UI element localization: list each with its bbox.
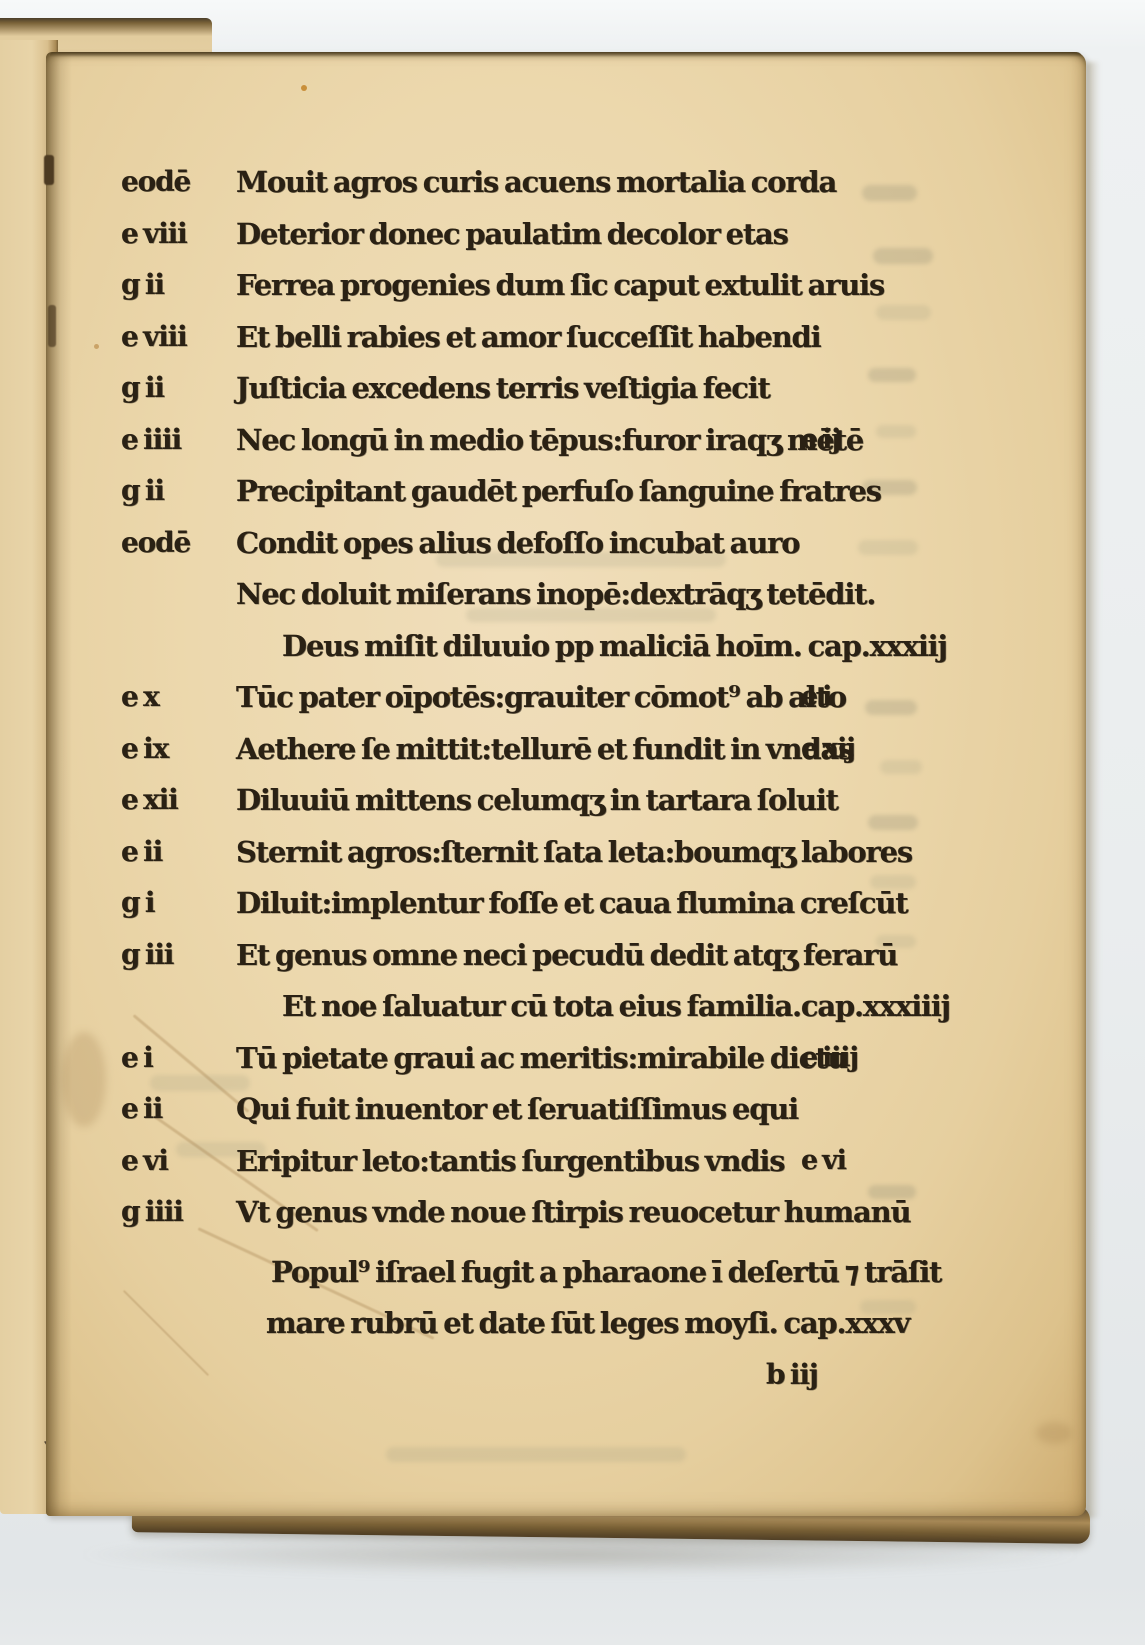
chapter-ref-left: e vi	[121, 1135, 168, 1187]
book-page: eodēMouit agros curis acuens mortalia co…	[46, 52, 1086, 1516]
verse-text: Et genus omne neci pecudū dedit atqʒ fer…	[236, 929, 897, 981]
index-verse-line: eodēMouit agros curis acuens mortalia co…	[46, 156, 1086, 208]
verse-text: Deus miſit diluuio pp maliciā hoīm. cap.…	[282, 620, 947, 672]
chapter-ref-left: e ii	[121, 826, 162, 878]
verse-text: Sternit agros:ſternit ſata leta:boumqʒ l…	[236, 826, 912, 878]
chapter-ref-left: g iii	[121, 929, 173, 981]
index-verse-line: e xiiDiluuiū mittens celumqʒ in tartara …	[46, 774, 1086, 826]
quire-signature-line: b iij	[46, 1349, 1086, 1401]
chapter-ref-left: e viii	[121, 208, 187, 260]
index-verse-line: e viiiEt belli rabies et amor ſucceſſit …	[46, 311, 1086, 363]
verse-text: Et belli rabies et amor ſucceſſit habend…	[236, 311, 820, 363]
chapter-ref-left: e ii	[121, 1083, 162, 1135]
book-photo: eodēMouit agros curis acuens mortalia co…	[0, 0, 1145, 1645]
verse-text: Popul⁹ iſrael fugit a pharaone ī deſertū…	[271, 1246, 941, 1298]
index-verse-line: e viEripitur leto:tantis ſurgentibus vnd…	[46, 1135, 1086, 1187]
chapter-ref-left: g iiii	[121, 1186, 183, 1238]
chapter-heading-line: Popul⁹ iſrael fugit a pharaone ī deſertū…	[46, 1246, 1086, 1298]
index-verse-line: mare rubrū et date ſūt leges moyſi. cap.…	[46, 1297, 1086, 1349]
index-verse-line: Nec doluit miſerans inopē:dextrāqʒ tetēd…	[46, 568, 1086, 620]
quire-signature: b iij	[766, 1349, 818, 1401]
index-verse-line: e xTūc pater oīpotēs:grauiter cōmot⁹ ab …	[46, 671, 1086, 723]
verse-text: Precipitant gaudēt perfuſo ſanguine frat…	[236, 465, 881, 517]
chapter-ref-left: eodē	[121, 517, 190, 569]
verse-text: Nec longū in medio tēpus:furor iraqʒ mēt…	[236, 414, 863, 466]
index-verse-line: e iTū pietate graui ac meritis:mirabile …	[46, 1032, 1086, 1084]
chapter-ref-right: e i	[801, 671, 831, 723]
verse-text: Tūc pater oīpotēs:grauiter cōmot⁹ ab alt…	[236, 671, 846, 723]
chapter-ref-left: e x	[121, 671, 159, 723]
chapter-ref-left: e xii	[121, 774, 178, 826]
chapter-heading-line: Et noe ſaluatur cū tota eius familia.cap…	[46, 980, 1086, 1032]
chapter-ref-left: eodē	[121, 156, 190, 208]
chapter-ref-right: e ij	[801, 414, 840, 466]
chapter-ref-left: g ii	[121, 362, 164, 414]
verse-text: Condit opes alius defoſſo incubat auro	[236, 517, 799, 569]
index-verse-line: e ixAethere ſe mittit:tellurē et fundit …	[46, 723, 1086, 775]
chapter-ref-right: e iiij	[801, 1032, 858, 1084]
book-shadow	[70, 1540, 1090, 1576]
verse-text: Et noe ſaluatur cū tota eius familia.cap…	[282, 980, 950, 1032]
index-verse-line: g iiiiVt genus vnde noue ſtirpis reuocet…	[46, 1186, 1086, 1238]
verse-text: Deterior donec paulatim decolor etas	[236, 208, 788, 260]
index-verse-line: g iiFerrea progenies dum ſic caput extul…	[46, 259, 1086, 311]
index-verse-line: g iiPrecipitant gaudēt perfuſo ſanguine …	[46, 465, 1086, 517]
verse-text: Diluit:implentur foſſe et caua flumina c…	[236, 877, 908, 929]
index-verse-line: g iDiluit:implentur foſſe et caua flumin…	[46, 877, 1086, 929]
chapter-ref-right: e vi	[801, 1135, 846, 1187]
verse-text: Qui fuit inuentor et ſeruatiſſimus equi	[236, 1083, 798, 1135]
chapter-ref-left: e i	[121, 1032, 153, 1084]
verse-text: Aethere ſe mittit:tellurē et fundit in v…	[236, 723, 853, 775]
page-edge-shadow	[1086, 62, 1100, 1518]
index-verse-line: e iiQui fuit inuentor et ſeruatiſſimus e…	[46, 1083, 1086, 1135]
chapter-ref-left: g ii	[121, 465, 164, 517]
verse-text: Ferrea progenies dum ſic caput extulit a…	[236, 259, 884, 311]
chapter-ref-left: e ix	[121, 723, 168, 775]
verse-text: Juſticia excedens terris veſtigia fecit	[236, 362, 770, 414]
verse-text: Tū pietate graui ac meritis:mirabile dic…	[236, 1032, 847, 1084]
index-verse-line: e viiiDeterior donec paulatim decolor et…	[46, 208, 1086, 260]
index-verse-line: g iiiEt genus omne neci pecudū dedit atq…	[46, 929, 1086, 981]
index-verse-line: e iiSternit agros:ſternit ſata leta:boum…	[46, 826, 1086, 878]
verse-text: Mouit agros curis acuens mortalia corda	[236, 156, 836, 208]
chapter-ref-left: e viii	[121, 311, 187, 363]
verse-text: mare rubrū et date ſūt leges moyſi. cap.…	[266, 1297, 909, 1349]
verse-text: Vt genus vnde noue ſtirpis reuocetur hum…	[236, 1186, 910, 1238]
index-verse-line: g iiJuſticia excedens terris veſtigia fe…	[46, 362, 1086, 414]
chapter-ref-right: e xij	[801, 723, 855, 775]
verse-text: Diluuiū mittens celumqʒ in tartara ſolui…	[236, 774, 838, 826]
verse-text: Nec doluit miſerans inopē:dextrāqʒ tetēd…	[236, 568, 875, 620]
index-verse-line: e iiiiNec longū in medio tēpus:furor ira…	[46, 414, 1086, 466]
chapter-ref-left: g i	[121, 877, 154, 929]
chapter-heading-line: Deus miſit diluuio pp maliciā hoīm. cap.…	[46, 620, 1086, 672]
text-block: eodēMouit agros curis acuens mortalia co…	[46, 52, 1086, 1516]
chapter-ref-left: e iiii	[121, 414, 181, 466]
verse-text: Eripitur leto:tantis ſurgentibus vndis	[236, 1135, 784, 1187]
index-verse-line: eodēCondit opes alius defoſſo incubat au…	[46, 517, 1086, 569]
chapter-ref-left: g ii	[121, 259, 164, 311]
